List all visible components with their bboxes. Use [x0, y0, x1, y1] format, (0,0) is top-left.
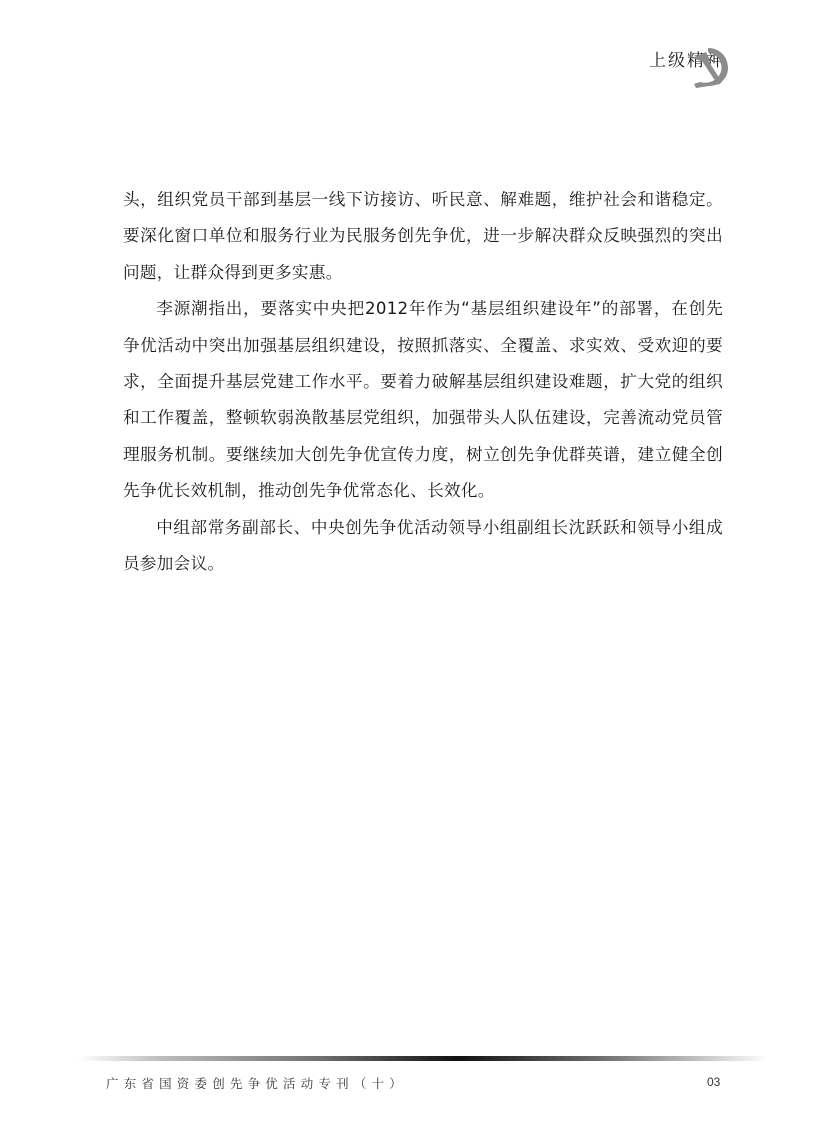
paragraph-2: 李源潮指出，要落实中央把2012年作为“基层组织建设年”的部署，在创先争优活动中… — [123, 291, 723, 509]
paragraph-1: 头，组织党员干部到基层一线下访接访、听民意、解难题，维护社会和谐稳定。要深化窗口… — [123, 182, 723, 291]
paragraph-3: 中组部常务副部长、中央创先争优活动领导小组副组长沈跃跃和领导小组成员参加会议。 — [123, 510, 723, 583]
hammer-and-sickle-icon — [686, 44, 732, 90]
article-body: 头，组织党员干部到基层一线下访接访、听民意、解难题，维护社会和谐稳定。要深化窗口… — [123, 182, 723, 582]
footer-divider — [78, 1056, 768, 1061]
page-number: 03 — [707, 1075, 720, 1089]
publication-title: 广东省国资委创先争优活动专刊（十） — [106, 1074, 407, 1092]
